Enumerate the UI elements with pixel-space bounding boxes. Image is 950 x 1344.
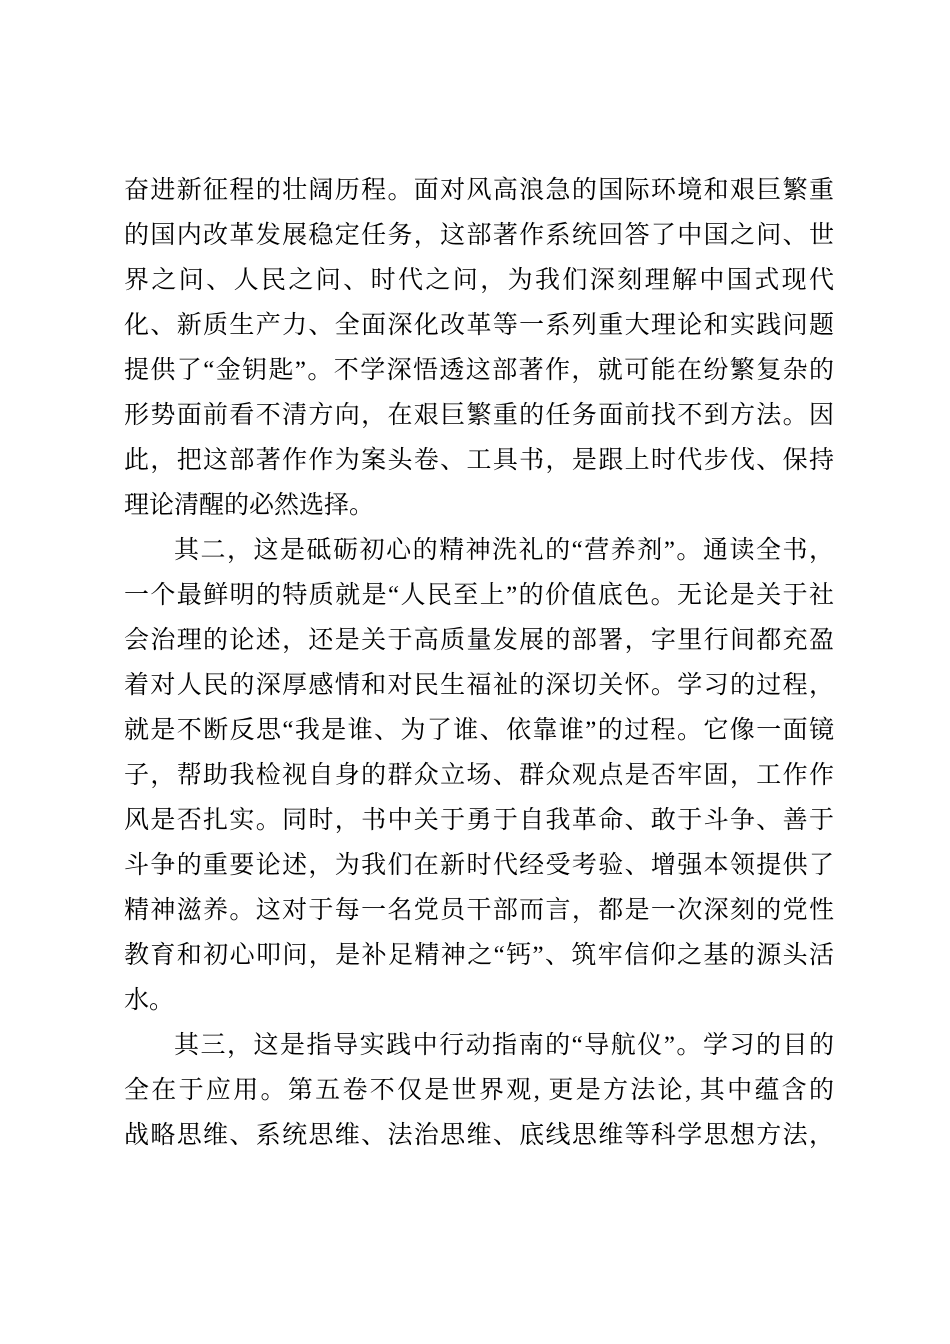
text-line: 就是不断反思“我是谁、为了谁、依靠谁”的过程。它像一面镜 (124, 708, 834, 753)
document-body: 奋进新征程的壮阔历程。面对风高浪急的国际环境和艰巨繁重 的国内改革发展稳定任务，… (124, 168, 834, 1158)
text-line: 提供了“金钥匙”。不学深悟透这部著作，就可能在纷繁复杂的 (124, 348, 834, 393)
text-line: 会治理的论述，还是关于高质量发展的部署，字里行间都充盈 (124, 618, 834, 663)
text-line: 一个最鲜明的特质就是“人民至上”的价值底色。无论是关于社 (124, 573, 834, 618)
text-line: 其三，这是指导实践中行动指南的“导航仪”。学习的目的 (124, 1023, 834, 1068)
text-line: 教育和初心叩问，是补足精神之“钙”、筑牢信仰之基的源头活 (124, 933, 834, 978)
text-line: 理论清醒的必然选择。 (124, 483, 834, 528)
text-line: 的国内改革发展稳定任务，这部著作系统回答了中国之问、世 (124, 213, 834, 258)
text-line: 此，把这部著作作为案头卷、工具书，是跟上时代步伐、保持 (124, 438, 834, 483)
text-line: 全在于应用。第五卷不仅是世界观, 更是方法论, 其中蕴含的 (124, 1068, 834, 1113)
text-line: 奋进新征程的壮阔历程。面对风高浪急的国际环境和艰巨繁重 (124, 168, 834, 213)
text-line: 子，帮助我检视自身的群众立场、群众观点是否牢固，工作作 (124, 753, 834, 798)
paragraph-third-point: 其三，这是指导实践中行动指南的“导航仪”。学习的目的 全在于应用。第五卷不仅是世… (124, 1023, 834, 1158)
text-line: 战略思维、系统思维、法治思维、底线思维等科学思想方法， (124, 1113, 834, 1158)
text-line: 精神滋养。这对于每一名党员干部而言，都是一次深刻的党性 (124, 888, 834, 933)
text-line: 化、新质生产力、全面深化改革等一系列重大理论和实践问题 (124, 303, 834, 348)
text-line: 着对人民的深厚感情和对民生福祉的深切关怀。学习的过程， (124, 663, 834, 708)
text-line: 形势面前看不清方向，在艰巨繁重的任务面前找不到方法。因 (124, 393, 834, 438)
text-line: 水。 (124, 978, 834, 1023)
paragraph-second-point: 其二，这是砥砺初心的精神洗礼的“营养剂”。通读全书， 一个最鲜明的特质就是“人民… (124, 528, 834, 1023)
paragraph-continuation: 奋进新征程的壮阔历程。面对风高浪急的国际环境和艰巨繁重 的国内改革发展稳定任务，… (124, 168, 834, 528)
text-line: 斗争的重要论述，为我们在新时代经受考验、增强本领提供了 (124, 843, 834, 888)
text-line: 风是否扎实。同时，书中关于勇于自我革命、敢于斗争、善于 (124, 798, 834, 843)
text-line: 界之问、人民之问、时代之问，为我们深刻理解中国式现代 (124, 258, 834, 303)
document-page: 奋进新征程的壮阔历程。面对风高浪急的国际环境和艰巨繁重 的国内改革发展稳定任务，… (0, 0, 950, 1344)
text-line: 其二，这是砥砺初心的精神洗礼的“营养剂”。通读全书， (124, 528, 834, 573)
